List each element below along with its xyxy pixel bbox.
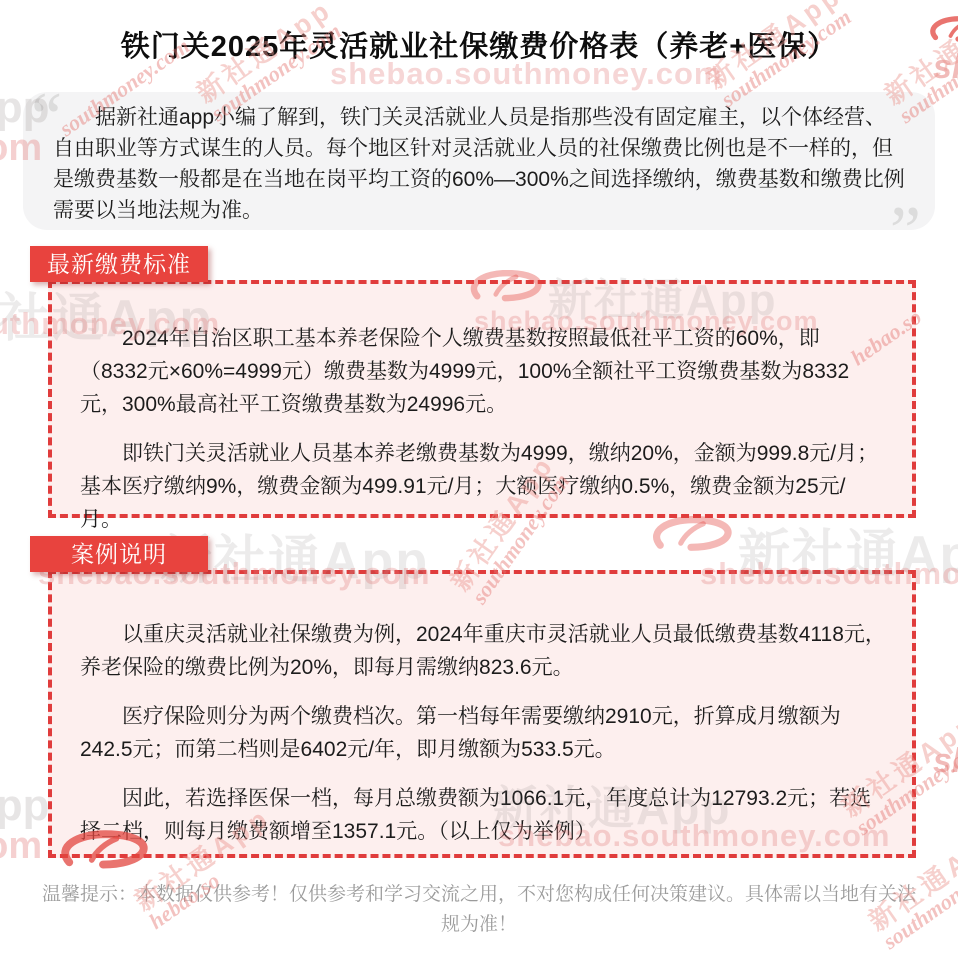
intro-text: 据新社通app小编了解到，铁门关灵活就业人员是指那些没有固定雇主，以个体经营、自…	[53, 102, 905, 226]
watermark-app-text: App	[0, 786, 50, 826]
footer-disclaimer: 温馨提示：本数据仅供参考！仅供参考和学习交流之用，不对您构成任何决策建议。具体需…	[40, 880, 918, 940]
article-page: App com App com sh sh shebao.southmoney.…	[0, 0, 958, 969]
sb-swoosh-logo	[58, 859, 148, 876]
section-box-latest-standard: 2024年自治区职工基本养老保险个人缴费基数按照最低社平工资的60%，即（833…	[48, 280, 916, 518]
watermark-sh-text: sh	[933, 742, 958, 781]
watermark-com-text: com	[0, 826, 50, 866]
paragraph: 因此，若选择医保一档，每月总缴费额为1066.1元，年度总计为12793.2元；…	[80, 782, 886, 848]
quote-open-icon: “	[31, 98, 62, 138]
quote-close-icon: ”	[890, 212, 921, 252]
section-label-case-example: 案例说明	[30, 536, 208, 572]
page-title: 铁门关2025年灵活就业社保缴费价格表（养老+医保）	[0, 24, 958, 65]
paragraph: 2024年自治区职工基本养老保险个人缴费基数按照最低社平工资的60%，即（833…	[80, 322, 886, 421]
paragraph: 医疗保险则分为两个缴费档次。第一档每年需要缴纳2910元，折算成月缴额为242.…	[80, 700, 886, 766]
section-box-case-example: 以重庆灵活就业社保缴费为例，2024年重庆市灵活就业人员最低缴费基数4118元，…	[48, 570, 916, 858]
paragraph: 即铁门关灵活就业人员基本养老缴费基数为4999，缴纳20%，金额为999.8元/…	[80, 437, 886, 536]
intro-quote-box: “ 据新社通app小编了解到，铁门关灵活就业人员是指那些没有固定雇主，以个体经营…	[23, 92, 935, 230]
watermark-edge-text: App com	[0, 786, 50, 866]
paragraph: 以重庆灵活就业社保缴费为例，2024年重庆市灵活就业人员最低缴费基数4118元，…	[80, 618, 886, 684]
section-label-latest-standard: 最新缴费标准	[30, 246, 208, 282]
